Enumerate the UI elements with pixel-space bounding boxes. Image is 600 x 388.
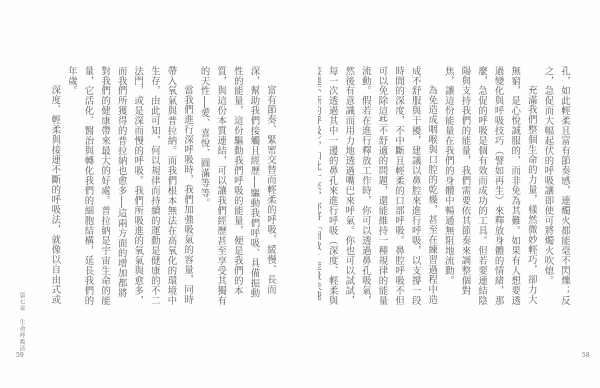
paragraph: 當我們進行深呼吸時，我們加強吸氣的容量，同時帶入氧氣與普拉納。而我們根本無法在高…	[62, 66, 195, 306]
left-page: 富有節奏、緊密交替而輕柔的呼吸，緩慢、長而深，幫助我們接觸且經歷──驅動我們呼吸…	[0, 0, 300, 388]
page-number: 59	[16, 352, 24, 359]
right-page-text: 孔，如此輕柔且富有節奏感，連燭火都能毫不閃爍；反之，急促而大幅起伏的呼吸讓即使可…	[318, 66, 572, 306]
paragraph: 孔，如此輕柔且富有節奏感，連燭火都能毫不閃爍；反之，急促而大幅起伏的呼吸讓即使可…	[539, 66, 572, 306]
paragraph: 富有節奏、緊密交替而輕柔的呼吸，緩慢、長而深，幫助我們接觸且經歷──驅動我們呼吸…	[195, 66, 278, 306]
paragraph: 充滿我們整個生命的力量，樣然微妙輕巧，卻力大無窮，是心悅誠服的，而非免為其難。如…	[439, 66, 539, 306]
chapter-footer: 第七章 生命呼吸法	[17, 292, 26, 351]
paragraph: 為免造成咽喉與口腔的乾燥，甚至在練習過程中造成不舒服與干擾，建議以鼻腔來進行呼吸…	[318, 66, 439, 306]
book-spread: 富有節奏、緊密交替而輕柔的呼吸，緩慢、長而深，幫助我們接觸且經歷──驅動我們呼吸…	[0, 0, 600, 388]
right-page: 孔，如此輕柔且富有節奏感，連燭火都能毫不閃爍；反之，急促而大幅起伏的呼吸讓即使可…	[300, 0, 600, 388]
chapter-title: 生命呼吸法	[17, 319, 26, 352]
left-page-text: 富有節奏、緊密交替而輕柔的呼吸，緩慢、長而深，幫助我們接觸且經歷──驅動我們呼吸…	[46, 66, 278, 306]
chapter-label: 第七章	[17, 292, 26, 312]
paragraph: 深度、輕柔與接連不斷的呼吸法，就像以自由式或蛙式的技巧，在河水的水流中游泳一般，…	[46, 66, 62, 306]
page-number: 58	[582, 352, 590, 359]
